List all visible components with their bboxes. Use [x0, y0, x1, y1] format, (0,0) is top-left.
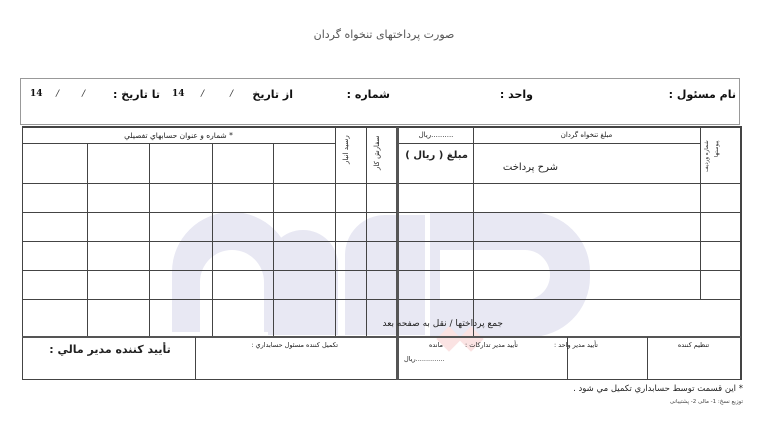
amount-cell[interactable]	[399, 241, 473, 270]
number-label: شماره :	[347, 88, 390, 101]
prepared-by-signature[interactable]	[648, 352, 739, 378]
responsible-name-label: نام مسئول :	[669, 88, 736, 101]
table-row	[22, 212, 742, 241]
work-order-header: سفارش کار	[373, 135, 381, 177]
form-title: صورت پرداختهای تنخواه گردان	[0, 28, 768, 41]
from-date-field[interactable]	[170, 85, 250, 103]
petty-cash-amount-field[interactable]	[400, 128, 472, 142]
accounting-completer-label: تکميل کننده مسئول حسابداري :	[251, 341, 338, 349]
distribution-note: توزیع نسخ: 1- مالی 2- پشتیبانی	[670, 399, 743, 405]
payment-description-cell[interactable]	[473, 183, 700, 212]
payment-description-cell[interactable]	[473, 212, 700, 241]
payment-description-cell[interactable]	[473, 241, 700, 270]
table-row	[22, 183, 742, 212]
financial-manager-signature[interactable]	[24, 356, 194, 378]
total-amount-field[interactable]	[400, 300, 472, 336]
unit-field[interactable]	[400, 85, 520, 103]
accounting-completer-signature[interactable]	[196, 352, 396, 378]
balance-label: مانده	[399, 341, 473, 349]
amount-cell[interactable]	[399, 212, 473, 241]
financial-manager-approval-label: تأييد کننده مدير مالي :	[30, 343, 190, 356]
accounting-note: * اين قسمت توسط حسابداري تکميل مي شود .	[573, 384, 743, 394]
attachments-row-header-1: شماره ورديف	[704, 140, 710, 178]
table-row	[22, 241, 742, 270]
unit-manager-label: تأييد مدير واحد :	[554, 341, 598, 349]
petty-cash-amount-header: مبلغ تنخواه گردان	[473, 131, 700, 139]
amount-cell[interactable]	[399, 183, 473, 212]
attachments-row-header-2: پيوستها	[714, 140, 720, 178]
procurement-manager-signature[interactable]	[474, 352, 566, 378]
unit-manager-signature[interactable]	[568, 352, 646, 378]
table-row	[22, 270, 742, 299]
detail-accounts-header: * شماره و عنوان حسابهاي تفصيلي	[22, 131, 335, 140]
payment-description-header: شرح پرداخت	[503, 162, 558, 173]
number-field[interactable]	[300, 85, 340, 103]
warehouse-receipt-header: رسيد انبار	[342, 135, 350, 177]
balance-field[interactable]	[400, 352, 472, 366]
prepared-by-label: تنظيم کننده	[647, 341, 740, 349]
amount-rial-header: مبلغ ( ريال )	[405, 150, 468, 161]
amount-cell[interactable]	[399, 270, 473, 299]
procurement-manager-label: تأييد مدير تداركات :	[465, 341, 518, 349]
from-date-label: از تاریخ	[252, 88, 293, 101]
payment-description-cell[interactable]	[473, 270, 700, 299]
to-date-label: تا تاریخ :	[113, 88, 160, 101]
to-date-field[interactable]	[28, 85, 98, 103]
